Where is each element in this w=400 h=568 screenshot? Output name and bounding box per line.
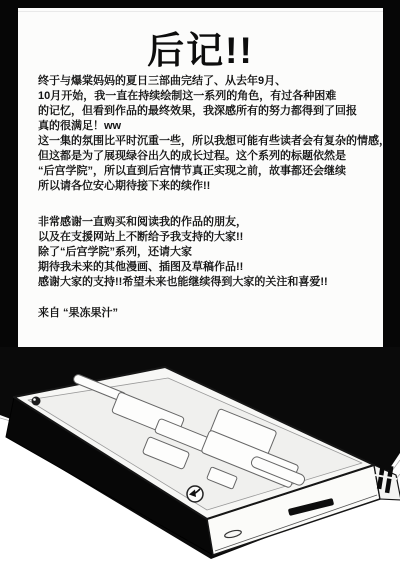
afterword-line: 这一集的氛围比平时沉重一些，所以我想可能有些读者会有复杂的情感， — [38, 134, 383, 149]
home-button-icon — [187, 486, 203, 502]
phone-illustration — [0, 347, 400, 568]
afterword-line: 10月开始，我一直在持续绘制这一系列的角色，有过各种困难 — [38, 89, 383, 104]
paragraph-2: 这一集的氛围比平时沉重一些，所以我想可能有些读者会有复杂的情感， 但这都是为了展… — [38, 134, 383, 194]
signature: 来自 “果冻果汁” — [38, 304, 118, 320]
camera-icon — [32, 397, 41, 406]
paper: 后记!! 终于与爆棠妈妈的夏日三部曲完结了、从去年9月、 10月开始，我一直在持… — [18, 8, 383, 347]
afterword-line: 的记忆，但看到作品的最终效果，我深感所有的努力都得到了回报 — [38, 104, 383, 119]
afterword-line: “后宫学院”，所以直到后宫情节真正实现之前，故事都还会继续 — [38, 164, 383, 179]
afterword-page: 后记!! 终于与爆棠妈妈的夏日三部曲完结了、从去年9月、 10月开始，我一直在持… — [0, 0, 400, 568]
afterword-line: 非常感谢一直购买和阅读我的作品的朋友， — [38, 215, 383, 230]
scan-artifact-line — [18, 11, 383, 12]
afterword-line: 除了“后宫学院”系列，还请大家 — [38, 245, 383, 260]
afterword-line: 所以请各位安心期待接下来的续作!! — [38, 179, 383, 194]
paragraph-3: 非常感谢一直购买和阅读我的作品的朋友， 以及在支援网站上不断给予我支持的大家!!… — [38, 215, 383, 290]
afterword-line: 以及在支援网站上不断给予我支持的大家!! — [38, 230, 383, 245]
paragraph-1: 终于与爆棠妈妈的夏日三部曲完结了、从去年9月、 10月开始，我一直在持续绘制这一… — [38, 74, 383, 134]
afterword-line: 期待我未来的其他漫画、插图及草稿作品!! — [38, 260, 383, 275]
afterword-line: 但这都是为了展现绿谷出久的成长过程。这个系列的标题依然是 — [38, 149, 383, 164]
page-title: 后记!! — [18, 20, 383, 74]
phone-illustration-svg — [0, 347, 400, 568]
afterword-line: 终于与爆棠妈妈的夏日三部曲完结了、从去年9月、 — [38, 74, 383, 89]
afterword-line: 真的很满足！ww — [38, 119, 383, 134]
afterword-line: 感谢大家的支持!!希望未来也能继续得到大家的关注和喜爱!! — [38, 275, 383, 290]
